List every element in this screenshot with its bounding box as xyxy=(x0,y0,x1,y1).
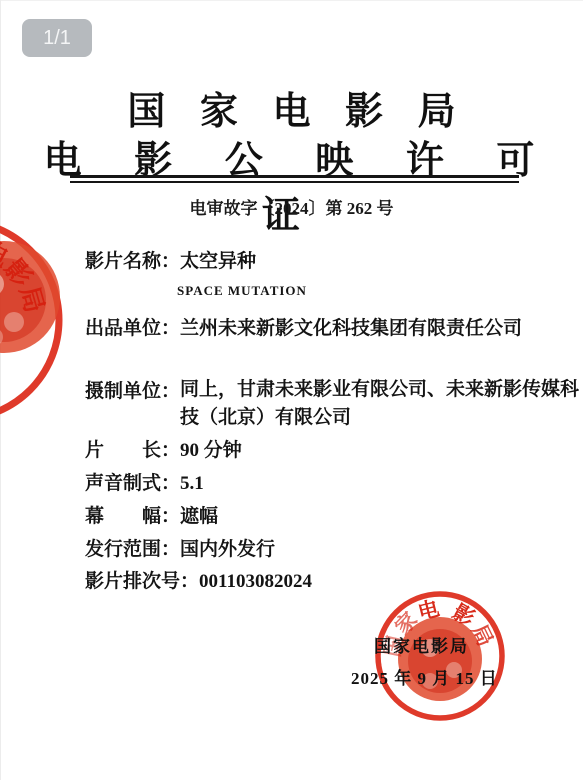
seal-char: 影 xyxy=(0,253,38,292)
document-title-permit: 电 影 公 映 许 可 证 xyxy=(0,129,583,239)
sound-value: 5.1 xyxy=(180,473,204,494)
field-producer: 出品单位：兰州未来新影文化科技集团有限责任公司 xyxy=(85,313,522,340)
seal-char: 影 xyxy=(448,600,478,631)
field-film-length: 片 长：90 分钟 xyxy=(85,435,242,462)
producer-value: 兰州未来新影文化科技集团有限责任公司 xyxy=(180,318,522,339)
stamp-authority-name: 国家电影局 xyxy=(374,632,469,657)
length-value: 90 分钟 xyxy=(180,440,242,461)
serial-label: 影片排次号： xyxy=(85,571,199,592)
production-label: 摄制单位： xyxy=(85,376,180,403)
stamp-issue-date: 2025 年 9 月 15 日 xyxy=(351,664,498,689)
field-film-serial-number: 影片排次号：001103082024 xyxy=(85,566,312,593)
distribution-value: 国内外发行 xyxy=(180,539,275,560)
page-number-label: 1/1 xyxy=(43,27,71,50)
document-number: 电审故字〔2024〕第 262 号 xyxy=(0,194,583,219)
field-film-name: 影片名称：太空异种 xyxy=(85,246,256,273)
screen-label: 幕 幅： xyxy=(85,506,180,527)
field-production-unit: 摄制单位： 同上，甘肃未来影业有限公司、未来新影传媒科 技（北京）有限公司 xyxy=(85,376,579,432)
screen-value: 遮幅 xyxy=(180,506,218,527)
field-sound-format: 声音制式：5.1 xyxy=(85,468,204,495)
field-screen-format: 幕 幅：遮幅 xyxy=(85,501,218,528)
film-name-label: 影片名称： xyxy=(85,251,180,272)
film-name-value: 太空异种 xyxy=(180,251,256,272)
producer-label: 出品单位： xyxy=(85,318,180,339)
field-distribution-range: 发行范围：国内外发行 xyxy=(85,534,275,561)
document-title-authority: 国 家 电 影 局 xyxy=(0,80,583,135)
seal-char: 电 xyxy=(416,596,442,624)
serial-value: 001103082024 xyxy=(199,571,312,592)
official-seal-left-icon: 国 家 电 影 局 xyxy=(0,212,66,428)
title-divider-rule xyxy=(70,175,519,183)
production-value-line1: 同上，甘肃未来影业有限公司、未来新影传媒科 xyxy=(180,376,579,404)
page-number-badge: 1/1 xyxy=(22,19,92,57)
distribution-label: 发行范围： xyxy=(85,539,180,560)
film-name-english: SPACE MUTATION xyxy=(177,283,307,299)
production-value-line2: 技（北京）有限公司 xyxy=(180,404,579,432)
production-value: 同上，甘肃未来影业有限公司、未来新影传媒科 技（北京）有限公司 xyxy=(180,376,579,432)
seal-char: 局 xyxy=(14,283,50,316)
seal-char: 局 xyxy=(467,621,497,650)
length-label: 片 长： xyxy=(85,440,180,461)
permit-document-page: 1/1 国 家 电 影 局 电 影 公 映 许 可 证 电审故字〔2024〕第 … xyxy=(0,0,583,780)
seal-char: 电 xyxy=(0,234,14,273)
sound-label: 声音制式： xyxy=(85,473,180,494)
